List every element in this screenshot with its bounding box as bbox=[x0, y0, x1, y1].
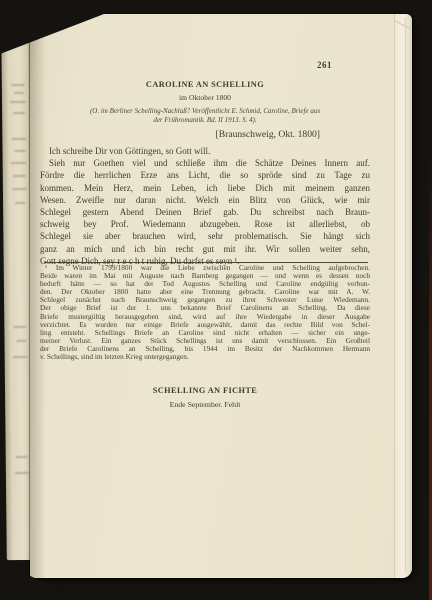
footnote-line: v. Schellings, sind im letzten Krieg unt… bbox=[40, 353, 370, 361]
page-bleed-mark bbox=[16, 456, 28, 458]
page-bleed-mark bbox=[16, 340, 26, 342]
page-edge-line bbox=[405, 18, 406, 572]
letter-body-line: schweig bey Prof. Wiedemann abzugeben. R… bbox=[40, 218, 370, 230]
letter-body-line: Ich schreibe Dir von Göttingen, so Gott … bbox=[40, 145, 370, 157]
page-bleed-mark bbox=[15, 472, 29, 474]
page-bleed-mark bbox=[11, 138, 26, 140]
letter-date-heading: im Oktober 1800 bbox=[40, 93, 370, 102]
page-corner-fold bbox=[394, 20, 410, 29]
letter-body: Ich schreibe Dir von Göttingen, so Gott … bbox=[40, 145, 370, 267]
letter-body-line: Schlegel gestern Abend Deinen Brief gab.… bbox=[40, 206, 370, 218]
page-bleed-mark bbox=[12, 188, 27, 190]
page-number: 261 bbox=[317, 60, 332, 70]
letter-body-line: Wesen. Zweifle nur daran nicht. Welch ei… bbox=[40, 194, 370, 206]
page-fore-edge bbox=[394, 14, 412, 578]
next-letter-heading: SCHELLING AN FICHTE bbox=[40, 386, 370, 395]
letter-body-line: ganz an mich und ich bin recht gut mit i… bbox=[40, 243, 370, 255]
source-note-line: der Frühromantik. Bd. II 1913. S. 4). bbox=[40, 116, 370, 125]
letter-body-line: Sieh nur Goethen viel und schließe ihm d… bbox=[40, 157, 370, 169]
page-bleed-mark bbox=[10, 101, 26, 103]
book-page: 261 CAROLINE AN SCHELLING im Oktober 180… bbox=[30, 14, 412, 578]
page-bleed-mark bbox=[15, 150, 26, 152]
letter-heading: CAROLINE AN SCHELLING bbox=[40, 80, 370, 89]
letter-body-line: kommen. Mein Herz, mein Leben, ich liebe… bbox=[40, 182, 370, 194]
page-content: 261 CAROLINE AN SCHELLING im Oktober 180… bbox=[40, 14, 370, 578]
next-letter-note: Ende September. Fehlt bbox=[40, 400, 370, 409]
page-bleed-mark bbox=[15, 202, 25, 204]
source-note-line: (O. im Berliner Schelling-Nachlaß? Veröf… bbox=[40, 107, 370, 116]
page-bleed-mark bbox=[13, 175, 26, 177]
place-dateline: [Braunschweig, Okt. 1800] bbox=[40, 129, 370, 140]
letter-body-line: Fördre die herrlichen Erze ans Licht, di… bbox=[40, 169, 370, 181]
page-bleed-mark bbox=[13, 356, 28, 358]
letter-body-line: Schlegel sie aber brauchen wird, sehr pr… bbox=[40, 230, 370, 242]
page-bleed-mark bbox=[13, 326, 26, 328]
book-photo: 261 CAROLINE AN SCHELLING im Oktober 180… bbox=[0, 0, 432, 600]
page-bleed-mark bbox=[11, 162, 27, 164]
source-note: (O. im Berliner Schelling-Nachlaß? Veröf… bbox=[40, 107, 370, 124]
footnote: ¹ Im Winter 1799/1800 war die Liebe zwis… bbox=[40, 264, 370, 361]
page-bleed-mark bbox=[11, 84, 25, 86]
page-bleed-mark bbox=[13, 112, 25, 114]
page-bleed-mark bbox=[14, 92, 24, 94]
